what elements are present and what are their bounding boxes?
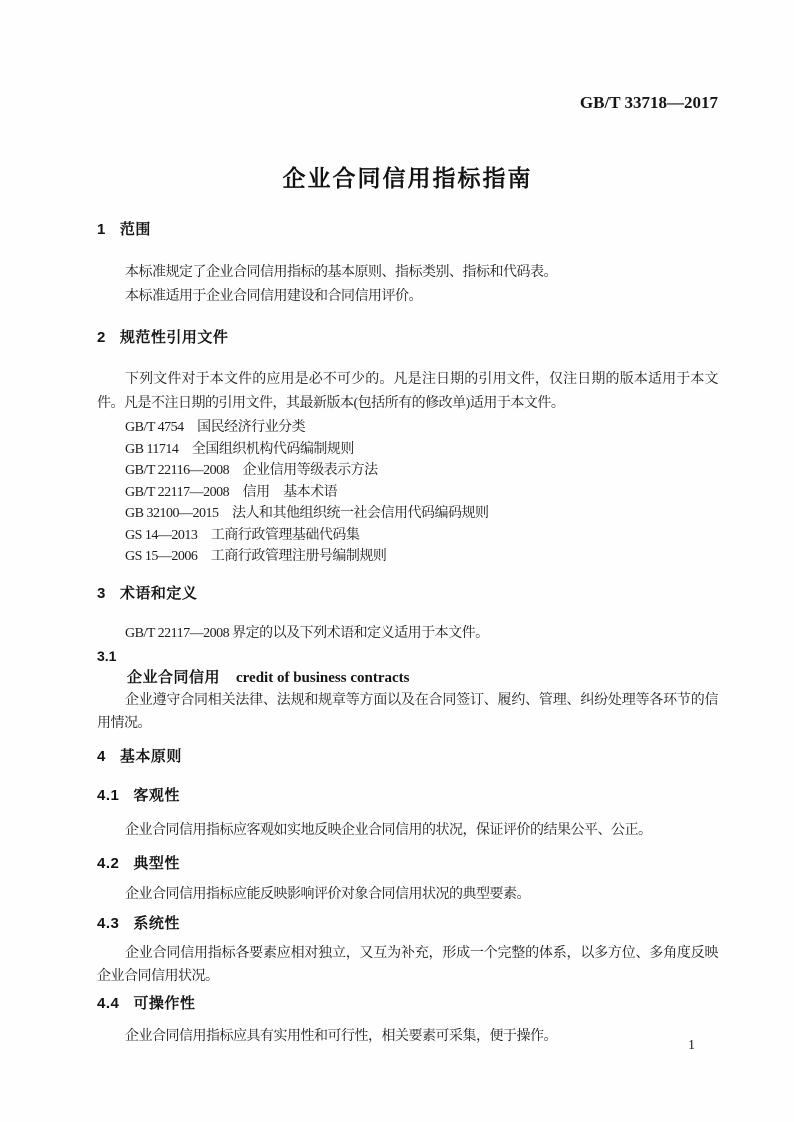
section-terms-definitions: 3术语和定义 GB/T 22117—2008 界定的以及下列术语和定义适用于本文…	[97, 584, 718, 736]
section-basic-principles: 4基本原则 4.1客观性 企业合同信用指标应客观如实地反映企业合同信用的状况，保…	[97, 747, 718, 1048]
subsection-heading: 4.4可操作性	[97, 994, 718, 1013]
document-page: GB/T 33718—2017 企业合同信用指标指南 1范围 本标准规定了企业合…	[0, 0, 794, 1122]
section-heading: 4基本原则	[97, 747, 718, 766]
subsection-objectivity: 4.1客观性 企业合同信用指标应客观如实地反映企业合同信用的状况，保证评价的结果…	[97, 786, 718, 842]
section-heading-label: 基本原则	[120, 748, 182, 765]
subsection-heading: 4.3系统性	[97, 914, 718, 933]
term-entry: 企业合同信用credit of business contracts	[97, 667, 718, 689]
subsection-number: 4.1	[97, 786, 119, 805]
subsection-heading-label: 系统性	[133, 915, 180, 932]
term-definition: 企业遵守合同相关法律、法规和规章等方面以及在合同签订、履约、管理、纠纷处理等各环…	[97, 689, 718, 735]
terms-intro: GB/T 22117—2008 界定的以及下列术语和定义适用于本文件。	[97, 622, 718, 646]
subsection-heading: 4.2典型性	[97, 854, 718, 873]
reference-item: GB 32100—2015 法人和其他组织统一社会信用代码编码规则	[97, 503, 718, 525]
standard-code: GB/T 33718—2017	[97, 0, 718, 113]
subsection-typicality: 4.2典型性 企业合同信用指标应能反映影响评价对象合同信用状况的典型要素。	[97, 854, 718, 906]
reference-item: GB 11714 全国组织机构代码编制规则	[97, 439, 718, 461]
subsection-number: 4.2	[97, 854, 119, 873]
reference-item: GB/T 22117—2008 信用 基本术语	[97, 482, 718, 504]
paragraph: 企业合同信用指标应具有实用性和可行性，相关要素可采集，便于操作。	[97, 1025, 718, 1048]
reference-item: GB/T 4754 国民经济行业分类	[97, 417, 718, 439]
section-heading: 1范围	[97, 220, 718, 239]
section-scope: 1范围 本标准规定了企业合同信用指标的基本原则、指标类别、指标和代码表。 本标准…	[97, 220, 718, 308]
term-number: 3.1	[97, 645, 718, 667]
subsection-heading-label: 客观性	[133, 787, 180, 804]
section-heading-label: 范围	[120, 221, 151, 238]
reference-item: GB/T 22116—2008 企业信用等级表示方法	[97, 460, 718, 482]
section-number: 1	[97, 220, 106, 239]
subsection-heading: 4.1客观性	[97, 786, 718, 805]
section-number: 3	[97, 584, 106, 603]
document-title: 企业合同信用指标指南	[97, 163, 718, 193]
page-number: 1	[688, 1037, 695, 1054]
section-number: 4	[97, 747, 106, 766]
term-english: credit of business contracts	[236, 670, 409, 686]
section-number: 2	[97, 328, 106, 347]
subsection-heading-label: 可操作性	[133, 995, 195, 1012]
subsection-systematicness: 4.3系统性 企业合同信用指标各要素应相对独立，又互为补充，形成一个完整的体系，…	[97, 914, 718, 988]
paragraph: 本标准适用于企业合同信用建设和合同信用评价。	[97, 285, 718, 309]
reference-item: GS 14—2013 工商行政管理基础代码集	[97, 525, 718, 547]
term-chinese: 企业合同信用	[127, 669, 220, 686]
section-heading-label: 规范性引用文件	[120, 329, 229, 346]
section-heading: 3术语和定义	[97, 584, 718, 603]
reference-item: GS 15—2006 工商行政管理注册号编制规则	[97, 546, 718, 568]
paragraph: 下列文件对于本文件的应用是必不可少的。凡是注日期的引用文件，仅注日期的版本适用于…	[97, 368, 718, 415]
subsection-heading-label: 典型性	[133, 855, 180, 872]
section-heading-label: 术语和定义	[120, 585, 198, 602]
section-heading: 2规范性引用文件	[97, 328, 718, 347]
reference-list: GB/T 4754 国民经济行业分类 GB 11714 全国组织机构代码编制规则…	[97, 417, 718, 568]
paragraph: 企业合同信用指标应客观如实地反映企业合同信用的状况，保证评价的结果公平、公正。	[97, 819, 718, 842]
paragraph: 企业合同信用指标各要素应相对独立，又互为补充，形成一个完整的体系，以多方位、多角…	[97, 942, 718, 988]
paragraph: 企业合同信用指标应能反映影响评价对象合同信用状况的典型要素。	[97, 883, 718, 906]
section-normative-references: 2规范性引用文件 下列文件对于本文件的应用是必不可少的。凡是注日期的引用文件，仅…	[97, 328, 718, 568]
subsection-operability: 4.4可操作性 企业合同信用指标应具有实用性和可行性，相关要素可采集，便于操作。	[97, 994, 718, 1048]
paragraph: 本标准规定了企业合同信用指标的基本原则、指标类别、指标和代码表。	[97, 261, 718, 285]
subsection-number: 4.3	[97, 914, 119, 933]
subsection-number: 4.4	[97, 994, 119, 1013]
